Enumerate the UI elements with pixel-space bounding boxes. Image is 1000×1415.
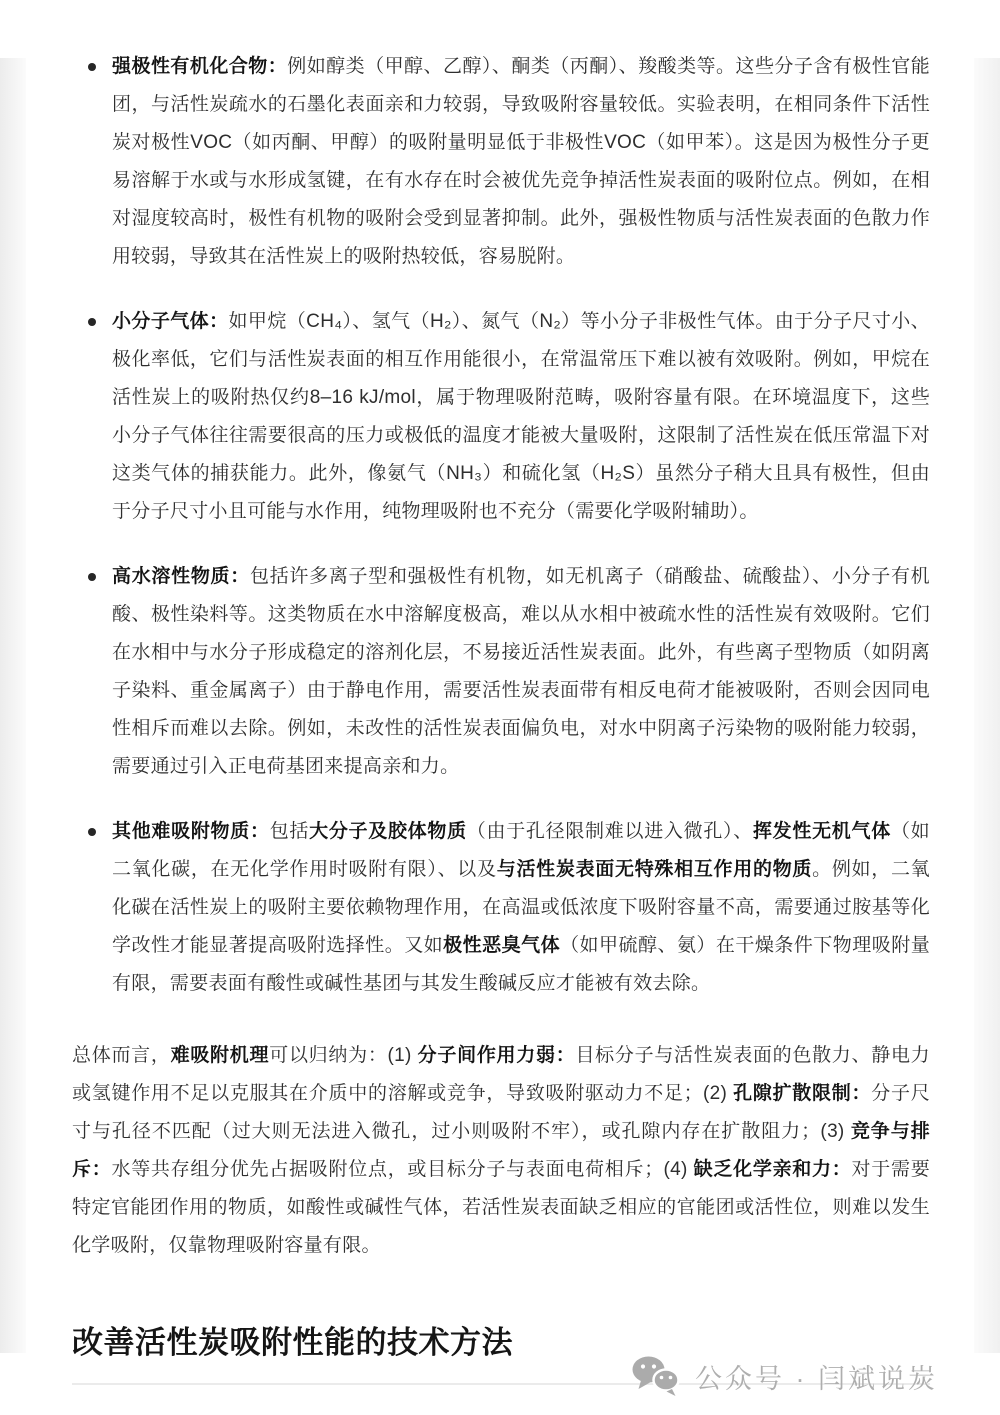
bullet-text: 高水溶性物质：包括许多离子型和强极性有机物，如无机离子（硝酸盐、硫酸盐）、小分子…	[112, 566, 930, 777]
wechat-icon	[631, 1355, 681, 1397]
bullet-dot-icon	[88, 573, 96, 581]
hard-to-adsorb-bullet-list: 强极性有机化合物：例如醇类（甲醇、乙醇）、酮类（丙酮）、羧酸类等。这些分子含有极…	[72, 48, 930, 1003]
bullet-item-small-molecule-gases: 小分子气体：如甲烷（CH₄）、氢气（H₂）、氮气（N₂）等小分子非极性气体。由于…	[72, 303, 930, 531]
bullet-text: 强极性有机化合物：例如醇类（甲醇、乙醇）、酮类（丙酮）、羧酸类等。这些分子含有极…	[112, 56, 930, 267]
bullet-item-other-hard-to-adsorb: 其他难吸附物质：包括大分子及胶体物质（由于孔径限制难以进入微孔）、挥发性无机气体…	[72, 813, 930, 1003]
bullet-item-strong-polar-organics: 强极性有机化合物：例如醇类（甲醇、乙醇）、酮类（丙酮）、羧酸类等。这些分子含有极…	[72, 48, 930, 276]
article-content: 强极性有机化合物：例如醇类（甲醇、乙醇）、酮类（丙酮）、羧酸类等。这些分子含有极…	[0, 0, 1000, 1385]
summary-paragraph: 总体而言，难吸附机理可以归纳为：(1) 分子间作用力弱：目标分子与活性炭表面的色…	[72, 1037, 930, 1265]
watermark-text: 公众号 · 闫斌说炭	[695, 1357, 938, 1396]
bullet-dot-icon	[88, 63, 96, 71]
watermark: 公众号 · 闫斌说炭	[631, 1355, 938, 1397]
bullet-dot-icon	[88, 318, 96, 326]
bullet-text: 小分子气体：如甲烷（CH₄）、氢气（H₂）、氮气（N₂）等小分子非极性气体。由于…	[112, 311, 930, 522]
bullet-item-highly-water-soluble: 高水溶性物质：包括许多离子型和强极性有机物，如无机离子（硝酸盐、硫酸盐）、小分子…	[72, 558, 930, 786]
bullet-dot-icon	[88, 828, 96, 836]
bullet-text: 其他难吸附物质：包括大分子及胶体物质（由于孔径限制难以进入微孔）、挥发性无机气体…	[112, 821, 930, 994]
